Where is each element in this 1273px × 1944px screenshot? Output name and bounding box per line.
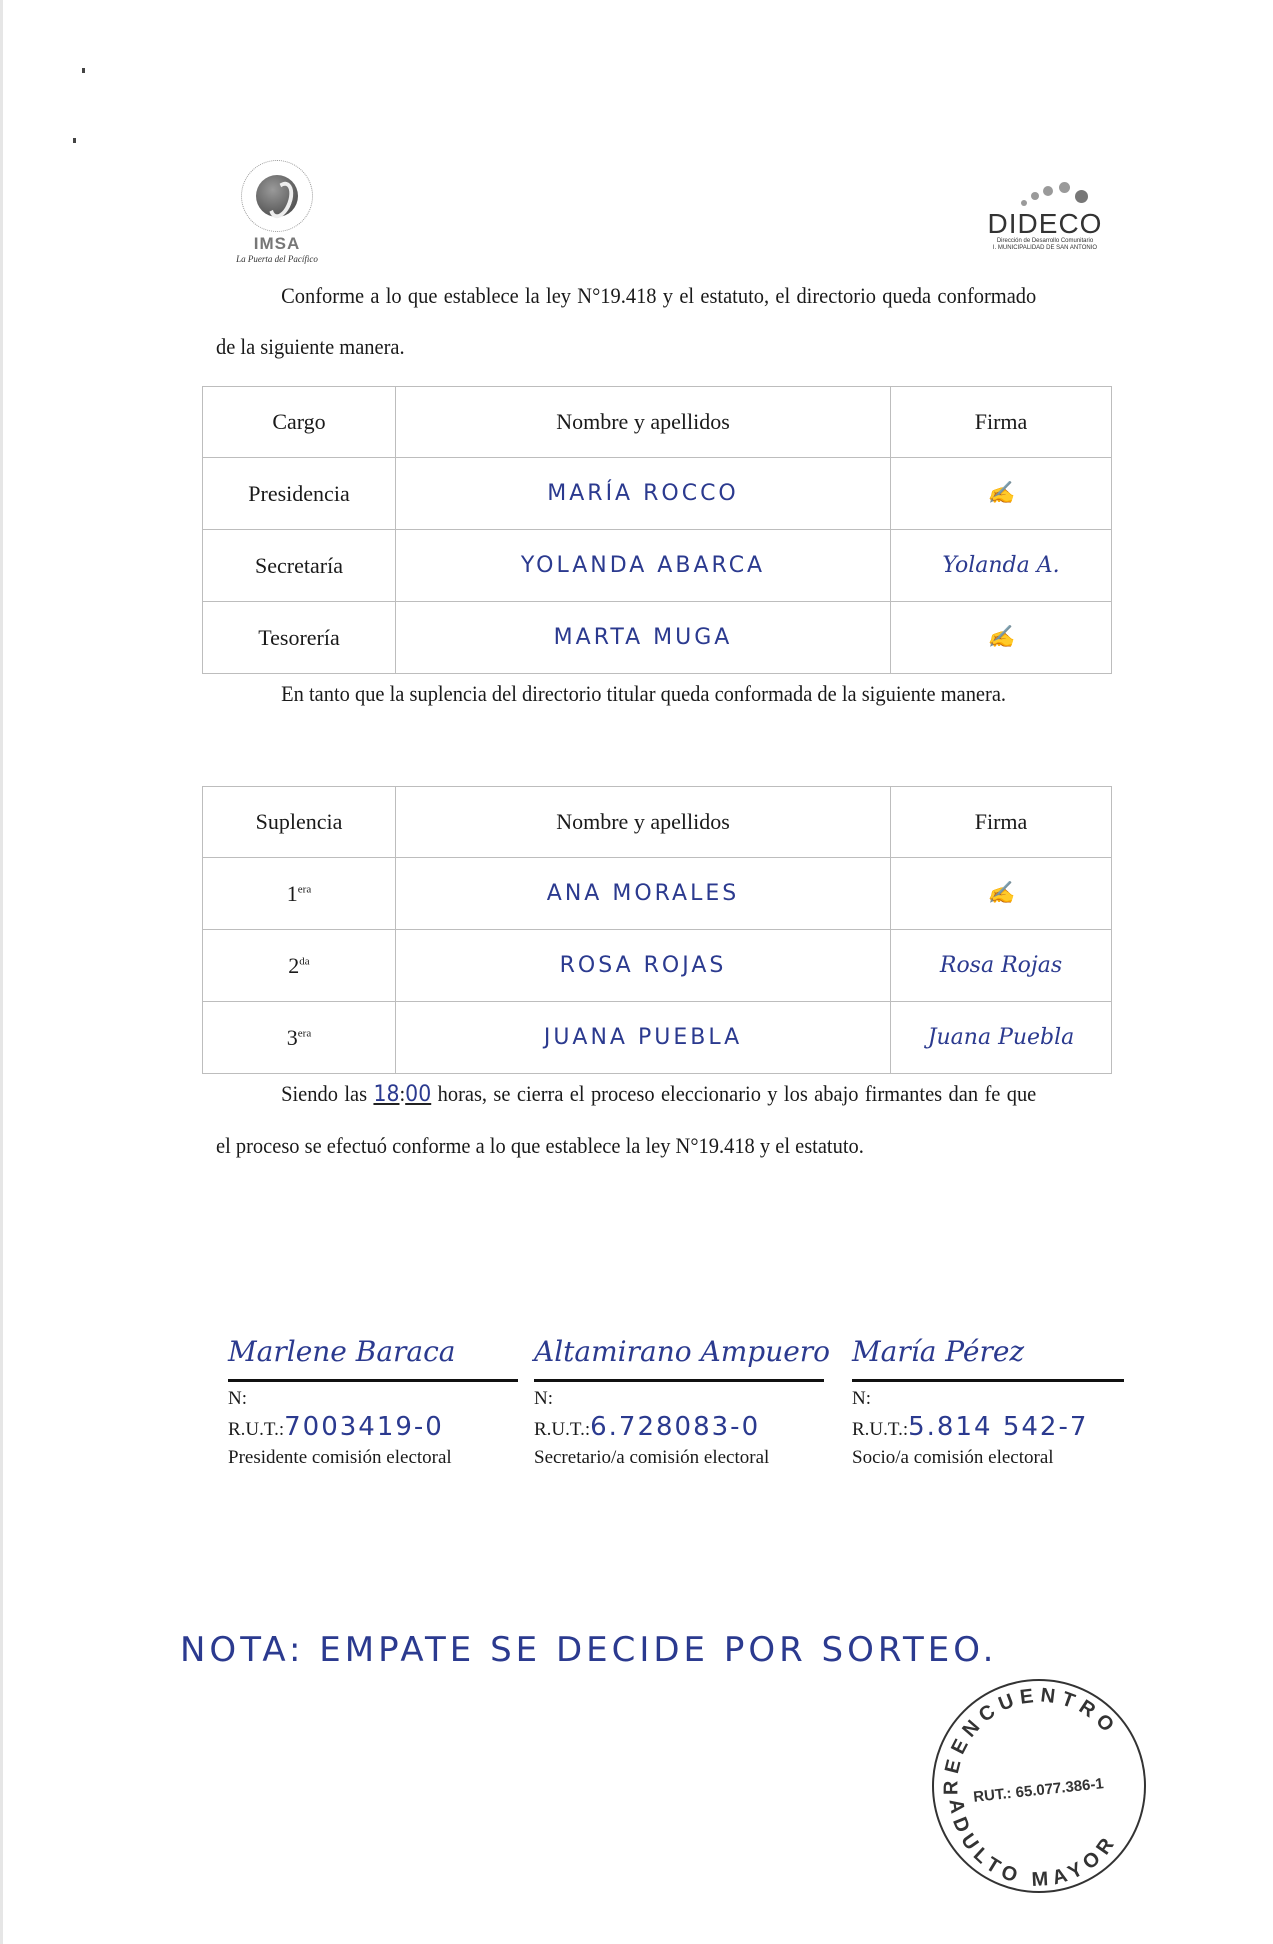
scan-speck [82, 68, 85, 73]
stamp-rut: RUT.: 65.077.386-1 [973, 1775, 1105, 1806]
handwritten-note: NOTA: EMPATE SE DECIDE POR SORTEO. [180, 1630, 997, 1670]
directorio-table: Cargo Nombre y apellidos Firma Presidenc… [202, 386, 1112, 674]
role-label: Presidente comisión electoral [228, 1445, 518, 1471]
table-row: Presidencia MARÍA ROCCO ✍ [203, 458, 1112, 530]
n-label: N: [228, 1386, 518, 1412]
nombre-cell: YOLANDA ABARCA [396, 530, 891, 602]
table-row: 3era JUANA PUEBLA Juana Puebla [203, 1002, 1112, 1074]
header-firma: Firma [891, 787, 1112, 858]
role-label: Socio/a comisión electoral [852, 1445, 1124, 1471]
rut-line: R.U.T.:6.728083-0 [534, 1412, 824, 1445]
rut-line: R.U.T.:7003419-0 [228, 1412, 518, 1445]
cargo-cell: Presidencia [203, 458, 396, 530]
dideco-logo: DIDECO Dirección de Desarrollo Comunitar… [975, 178, 1115, 258]
nombre-cell: MARTA MUGA [396, 602, 891, 674]
suplencia-table: Suplencia Nombre y apellidos Firma 1era … [202, 786, 1112, 1074]
table-header-row: Cargo Nombre y apellidos Firma [203, 387, 1112, 458]
dideco-dots-icon [975, 178, 1115, 210]
suplencia-number: 3era [203, 1002, 396, 1074]
n-label: N: [852, 1386, 1124, 1412]
header-nombre: Nombre y apellidos [396, 787, 891, 858]
organization-stamp-icon: REENCUENTRO ADULTO MAYOR RUT.: 65.077.38… [928, 1675, 1150, 1897]
header-nombre: Nombre y apellidos [396, 387, 891, 458]
signature-block-member: María Pérez N: R.U.T.:5.814 542-7 Socio/… [852, 1335, 1124, 1471]
table-row: 2da ROSA ROJAS Rosa Rojas [203, 930, 1112, 1002]
suplencia-number: 1era [203, 858, 396, 930]
imsa-municipal-logo-icon [241, 160, 313, 232]
nombre-cell: ANA MORALES [396, 858, 891, 930]
page-edge [0, 0, 3, 1944]
rut-line: R.U.T.:5.814 542-7 [852, 1412, 1124, 1445]
signature-block-secretary: Altamirano Ampuero N: R.U.T.:6.728083-0 … [534, 1335, 824, 1471]
imsa-name: IMSA [222, 234, 332, 254]
imsa-logo: IMSA La Puerta del Pacífico [222, 160, 332, 265]
firma-cell: Rosa Rojas [891, 930, 1112, 1002]
header-firma: Firma [891, 387, 1112, 458]
cargo-cell: Tesorería [203, 602, 396, 674]
firma-cell: ✍ [891, 458, 1112, 530]
intro-paragraph: Conforme a lo que establece la ley N°19.… [216, 270, 1036, 372]
imsa-motto: La Puerta del Pacífico [222, 254, 332, 264]
firma-cell: ✍ [891, 858, 1112, 930]
header-suplencia: Suplencia [203, 787, 396, 858]
firma-cell: Yolanda A. [891, 530, 1112, 602]
dideco-subtitle-1: Dirección de Desarrollo Comunitario [975, 238, 1115, 245]
dideco-subtitle-2: I. MUNICIPALIDAD DE SAN ANTONIO [975, 245, 1115, 252]
table-header-row: Suplencia Nombre y apellidos Firma [203, 787, 1112, 858]
signature: Marlene Baraca [228, 1335, 518, 1382]
n-label: N: [534, 1386, 824, 1412]
signature: María Pérez [852, 1335, 1124, 1382]
firma-cell: Juana Puebla [891, 1002, 1112, 1074]
table-row: Secretaría YOLANDA ABARCA Yolanda A. [203, 530, 1112, 602]
table-row: Tesorería MARTA MUGA ✍ [203, 602, 1112, 674]
nombre-cell: ROSA ROJAS [396, 930, 891, 1002]
closing-hour: 18 [373, 1082, 399, 1107]
dideco-name: DIDECO [975, 210, 1115, 238]
table-row: 1era ANA MORALES ✍ [203, 858, 1112, 930]
role-label: Secretario/a comisión electoral [534, 1445, 824, 1471]
suplencia-number: 2da [203, 930, 396, 1002]
signature-block-president: Marlene Baraca N: R.U.T.:7003419-0 Presi… [228, 1335, 518, 1471]
suplencia-paragraph: En tanto que la suplencia del directorio… [216, 668, 1036, 719]
firma-cell: ✍ [891, 602, 1112, 674]
cargo-cell: Secretaría [203, 530, 396, 602]
closing-minutes: 00 [405, 1082, 431, 1107]
header-cargo: Cargo [203, 387, 396, 458]
scan-speck [73, 138, 76, 143]
nombre-cell: MARÍA ROCCO [396, 458, 891, 530]
closing-paragraph: Siendo las 18:00 horas, se cierra el pro… [216, 1068, 1036, 1171]
nombre-cell: JUANA PUEBLA [396, 1002, 891, 1074]
signature: Altamirano Ampuero [534, 1335, 824, 1382]
